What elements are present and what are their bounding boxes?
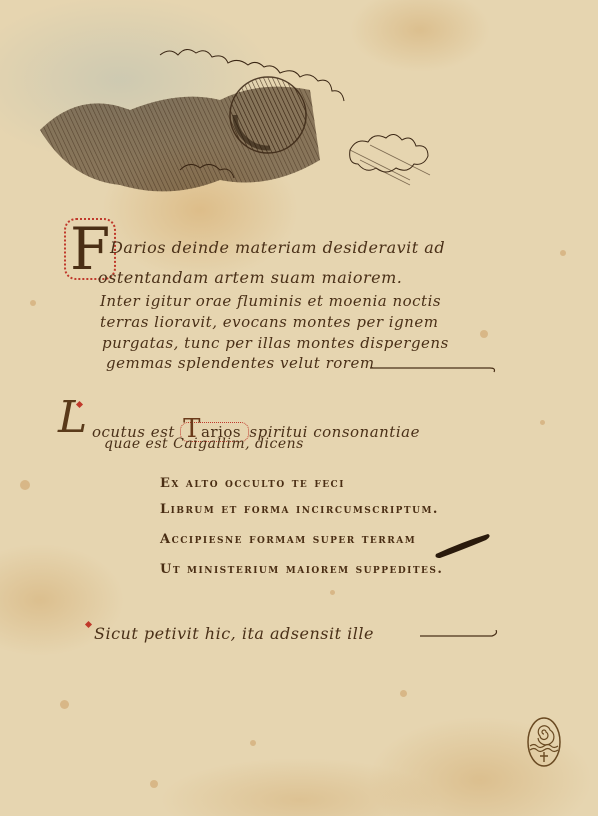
p1-line-5: purgatas, tunc per illas montes disperge…: [102, 334, 449, 352]
moon-sphere-icon: [230, 77, 306, 153]
verse-line-3: Accipiesne formam super terram: [160, 532, 416, 547]
p1-line-2: ostentandam artem suam maiorem.: [98, 268, 402, 287]
p1-line-6: gemmas splendentes velut rorem: [106, 354, 375, 372]
p2-line-2: quae est Caigallim, dicens: [104, 436, 304, 452]
verse-line-4: Ut ministerium maiorem suppedites.: [160, 562, 443, 577]
p1-line-1: Darios deinde materiam desideravit ad: [110, 238, 445, 257]
line-end-flourish: [370, 362, 500, 374]
rubric-mark-2: [85, 621, 92, 628]
storm-sky-illustration: [20, 20, 580, 220]
closing-line: Sicut petivit hic, ita adsensit ille: [94, 624, 374, 643]
closing-flourish: [420, 630, 500, 644]
large-initial-l: L: [58, 392, 87, 443]
p1-line-3: Inter igitur orae fluminis et moenia noc…: [100, 292, 441, 310]
p1-line-4: terras lioravit, evocans montes per igne…: [100, 313, 438, 331]
verse-line-1: Ex alto occulto te feci: [160, 476, 345, 491]
spiral-wave-cross-seal-icon: [526, 716, 562, 768]
verse-line-2: Librum et forma incircumscriptum.: [160, 502, 439, 517]
ink-blot-stroke: [432, 530, 492, 560]
